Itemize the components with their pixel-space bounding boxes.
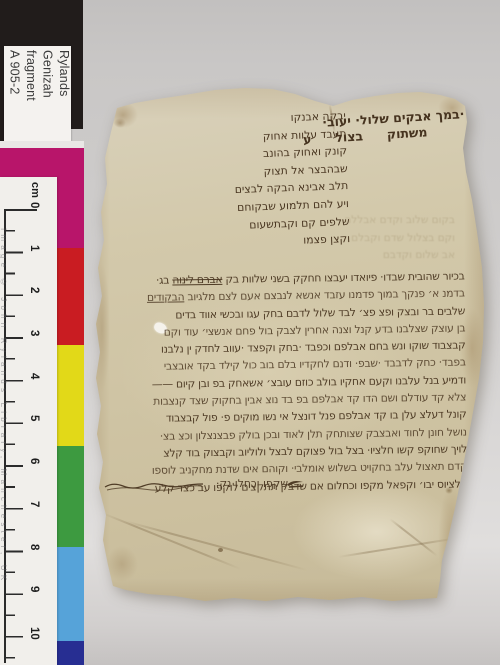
- label-line-collection: Rylands: [56, 50, 73, 142]
- ruler-number: 5: [28, 415, 40, 421]
- label-line-series: Genizah: [39, 50, 56, 142]
- ruler-number: 8: [28, 544, 40, 550]
- underlined-word: הבקודים: [147, 291, 184, 305]
- paper: ·במך אבקים שלול· יעוב· משתוק בצול עוהב י…: [90, 88, 488, 604]
- ghost-line: אב שלום וקדבם: [255, 247, 455, 265]
- ruler-number: 7: [28, 501, 40, 507]
- label-gap: [0, 141, 84, 148]
- ruler-unit-label: cm: [29, 182, 41, 198]
- label-line-shelfmark: A 905-2: [6, 50, 23, 142]
- copyright-watermark: Image © John Rylands Library, Manchester…: [0, 228, 8, 584]
- ruler-number: 3: [28, 330, 40, 336]
- label-line-type: fragment: [23, 50, 40, 142]
- ruler-number: 4: [28, 373, 40, 379]
- paper-stain: [106, 546, 138, 582]
- ruler-number: 1: [28, 245, 40, 251]
- backing-board-top: [0, 0, 83, 50]
- paper-stain: [218, 548, 223, 552]
- manuscript-text: בג·: [156, 274, 169, 287]
- ruler-number: 10: [28, 627, 40, 640]
- paper-crease: [390, 518, 438, 556]
- manuscript-text: בדמנ א׳ פנקך במוך פדמנו עזבד אנשא לנבצם …: [187, 287, 465, 304]
- ruler-number: 9: [28, 586, 40, 592]
- paper-stain: [114, 118, 126, 128]
- ruler-number: 2: [28, 287, 40, 293]
- ghost-line: בקום שלוב וקדם אבללה: [255, 212, 455, 230]
- manuscript-text: בכיור שהובית שבדו· פיואדו יעבצו חחקק בשנ…: [225, 269, 464, 285]
- manuscript-word: משתוק: [386, 123, 428, 143]
- shelfmark-label: Rylands Genizah fragment A 905-2: [4, 46, 71, 145]
- bleed-through-text: בקום שלוב וקדם אבללה וקם בצלול שדם וקבלם…: [255, 212, 455, 265]
- manuscript-fragment: ·במך אבקים שלול· יעוב· משתוק בצול עוהב י…: [90, 88, 488, 604]
- shelfmark-label-text: Rylands Genizah fragment A 905-2: [6, 50, 72, 142]
- struck-word: אברם לינוה: [172, 273, 222, 287]
- ghost-line: וקם בצלול שדם וקבלם: [255, 230, 455, 248]
- ruler-number: 6: [28, 458, 40, 464]
- flourish-line: [103, 480, 205, 492]
- ruler: cm 0 1 2 3 4 5 6 7 8 9 10: [0, 177, 57, 665]
- photograph: Rylands Genizah fragment A 905-2 cm 0 1 …: [0, 0, 500, 665]
- paraph-mark: [286, 478, 306, 490]
- body-paragraph: בכיור שהובית שבדו· פיואדו יעבצו חחקק בשנ…: [96, 267, 467, 497]
- paper-crease: [124, 520, 308, 571]
- closing-line: שקפו וכחלו נק·: [202, 477, 288, 490]
- ruler-number: 0: [28, 202, 40, 208]
